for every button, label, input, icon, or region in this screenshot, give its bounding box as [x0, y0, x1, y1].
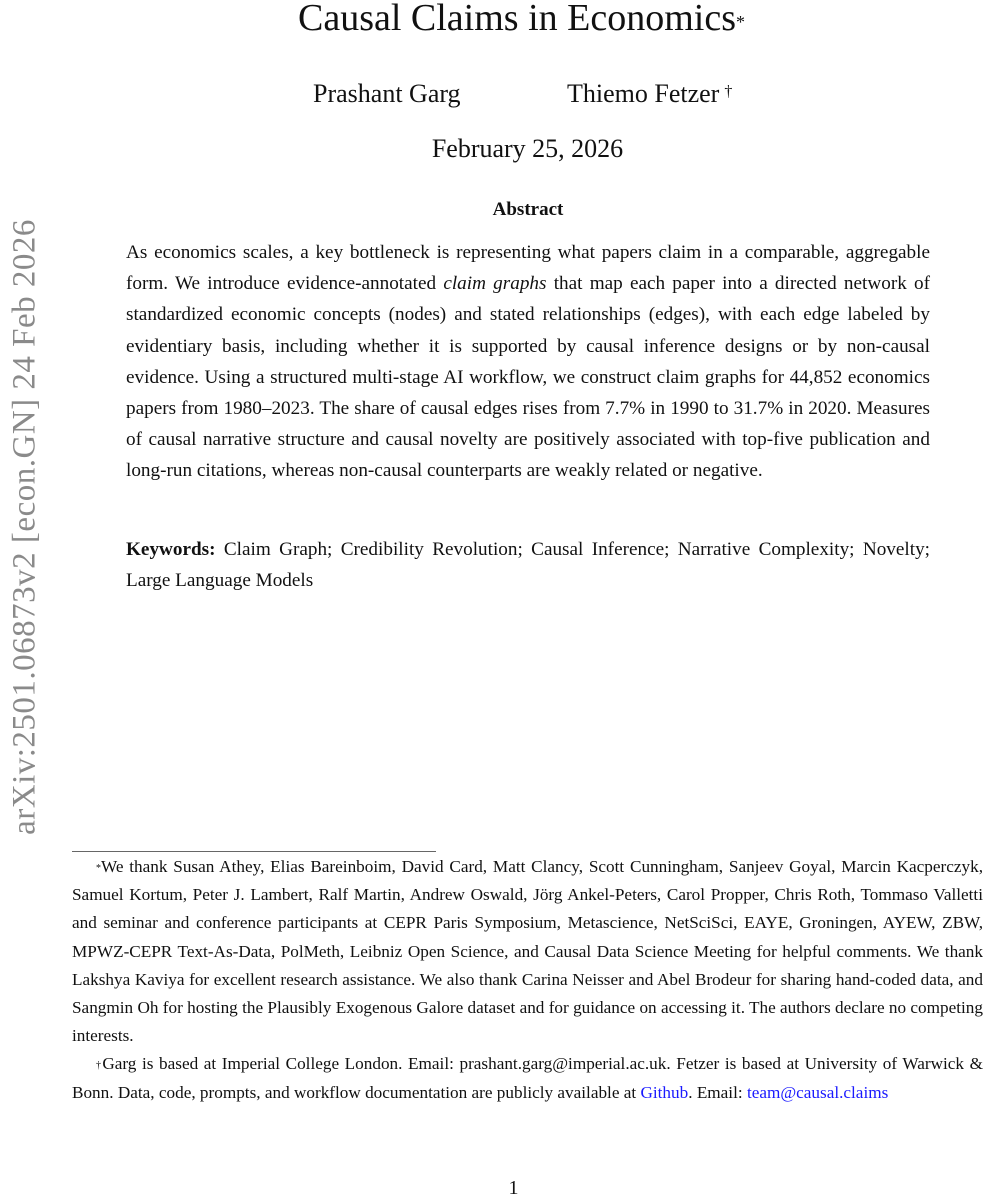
- paper-title: Causal Claims in Economics*: [30, 0, 983, 42]
- footnote-affiliations: †Garg is based at Imperial College Londo…: [72, 1050, 983, 1106]
- email-link[interactable]: team@causal.claims: [747, 1083, 888, 1102]
- footnote-mark: †: [96, 1060, 102, 1071]
- abstract-text: As economics scales, a key bottleneck is…: [126, 237, 930, 487]
- footnote-text: We thank Susan Athey, Elias Bareinboim, …: [72, 857, 983, 1045]
- paper-title-text: Causal Claims in Economics: [298, 0, 736, 39]
- footnotes: *We thank Susan Athey, Elias Bareinboim,…: [72, 853, 983, 1107]
- author-name: Prashant Garg: [313, 79, 461, 108]
- keywords-label: Keywords:: [126, 539, 216, 560]
- paper-date-text: February 25, 2026: [432, 132, 623, 166]
- footnote-acknowledgements: *We thank Susan Athey, Elias Bareinboim,…: [72, 853, 983, 1050]
- keywords-list: Claim Graph; Credibility Revolution; Cau…: [126, 539, 930, 591]
- abstract-text-part: that map each paper into a directed netw…: [126, 273, 930, 481]
- abstract-emphasis-claim-graphs: claim graphs: [443, 273, 546, 294]
- title-footnote-mark[interactable]: *: [736, 12, 745, 32]
- footnote-divider: [72, 851, 436, 852]
- page-number: 1: [22, 1176, 983, 1200]
- footnote-mark: *: [96, 863, 101, 874]
- abstract-heading: Abstract: [126, 198, 930, 222]
- author-fetzer: Thiemo Fetzer†: [567, 77, 732, 111]
- author-garg: Prashant Garg: [313, 77, 461, 111]
- github-link[interactable]: Github: [640, 1083, 688, 1102]
- author-name: Thiemo Fetzer: [567, 79, 719, 108]
- footnote-text: . Email:: [688, 1083, 747, 1102]
- arxiv-identifier-stamp: arXiv:2501.06873v2 [econ.GN] 24 Feb 2026: [0, 0, 50, 1200]
- keywords: Keywords: Claim Graph; Credibility Revol…: [126, 534, 930, 596]
- author-footnote-mark[interactable]: †: [724, 83, 732, 100]
- arxiv-stamp-text: arXiv:2501.06873v2 [econ.GN] 24 Feb 2026: [7, 219, 44, 835]
- paper-date: February 25, 2026: [72, 132, 983, 166]
